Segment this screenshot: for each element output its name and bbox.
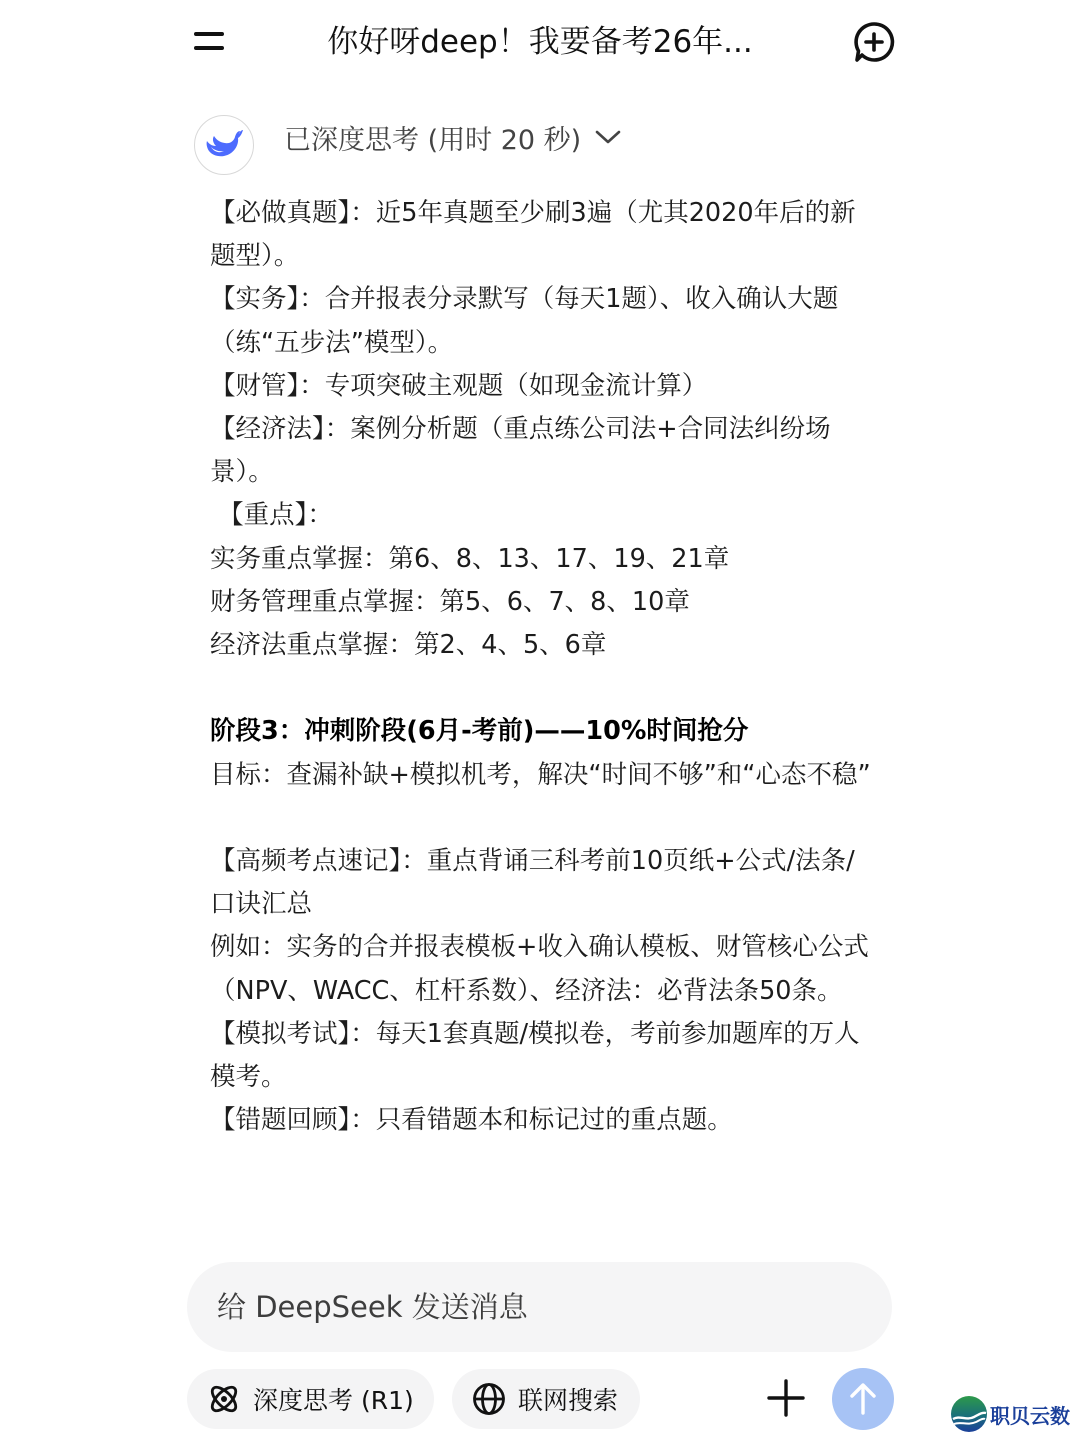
watermark-text: 职贝云数 [990, 1400, 1070, 1429]
deep-think-label: 深度思考 (R1) [253, 1381, 414, 1417]
message-line: 目标：查漏补缺+模拟机考，解决“时间不够”和“心态不稳” [210, 754, 880, 797]
message-line: 【错题回顾】：只看错题本和标记过的重点题。 [210, 1099, 880, 1142]
message-line: 【模拟考试】：每天1套真题/模拟卷，考前参加题库的万人模考。 [210, 1013, 880, 1099]
top-bar: 你好呀deep！我要备考26年... [0, 0, 1080, 90]
avatar [194, 115, 254, 175]
thinking-status-label: 已深度思考 (用时 20 秒) [284, 118, 581, 157]
menu-icon-line [194, 46, 224, 50]
menu-button[interactable] [190, 26, 230, 58]
message-line: 【财管】：专项突破主观题（如现金流计算） [210, 365, 880, 408]
spacer [210, 797, 880, 840]
deep-think-toggle[interactable]: 深度思考 (R1) [187, 1369, 434, 1429]
new-chat-icon [852, 20, 896, 64]
send-button[interactable] [832, 1368, 894, 1430]
chevron-down-icon [595, 129, 621, 145]
new-chat-button[interactable] [852, 20, 896, 64]
message-line: 财务管理重点掌握：第5、6、7、8、10章 [210, 581, 880, 624]
arrow-up-icon [848, 1382, 878, 1416]
deepseek-whale-logo [204, 128, 244, 162]
assistant-message-body: 【必做真题】：近5年真题至少刷3遍（尤其2020年后的新题型）。 【实务】：合并… [210, 192, 880, 1142]
attach-button[interactable] [766, 1378, 806, 1418]
message-line: 【实务】：合并报表分录默写（每天1题）、收入确认大题（练“五步法”模型）。 [210, 278, 880, 364]
plus-icon [766, 1378, 806, 1418]
watermark: 职贝云数 [950, 1394, 1070, 1434]
message-input[interactable] [217, 1262, 857, 1352]
web-search-toggle[interactable]: 联网搜索 [452, 1369, 640, 1429]
message-line: 【经济法】：案例分析题（重点练公司法+合同法纠纷场景）。 [210, 408, 880, 494]
message-line: 【高频考点速记】：重点背诵三科考前10页纸+公式/法条/口诀汇总 [210, 840, 880, 926]
globe-icon [472, 1382, 506, 1416]
atom-icon [207, 1382, 241, 1416]
assistant-message-header: 已深度思考 (用时 20 秒) [194, 115, 794, 175]
menu-icon [194, 32, 224, 36]
message-composer [187, 1262, 892, 1352]
message-line: 经济法重点掌握：第2、4、5、6章 [210, 624, 880, 667]
message-line: 例如：实务的合并报表模板+收入确认模板、财管核心公式（NPV、WACC、杠杆系数… [210, 926, 880, 1012]
message-line: 【必做真题】：近5年真题至少刷3遍（尤其2020年后的新题型）。 [210, 192, 880, 278]
chat-title: 你好呀deep！我要备考26年... [250, 20, 830, 64]
web-search-label: 联网搜索 [518, 1381, 618, 1417]
watermark-logo-icon [950, 1395, 988, 1433]
spacer [210, 667, 880, 710]
message-line: 【重点】： [210, 494, 880, 537]
thinking-toggle[interactable]: 已深度思考 (用时 20 秒) [284, 117, 621, 157]
section-heading: 阶段3：冲刺阶段(6月-考前)——10%时间抢分 [210, 710, 880, 753]
message-line: 实务重点掌握：第6、8、13、17、19、21章 [210, 538, 880, 581]
